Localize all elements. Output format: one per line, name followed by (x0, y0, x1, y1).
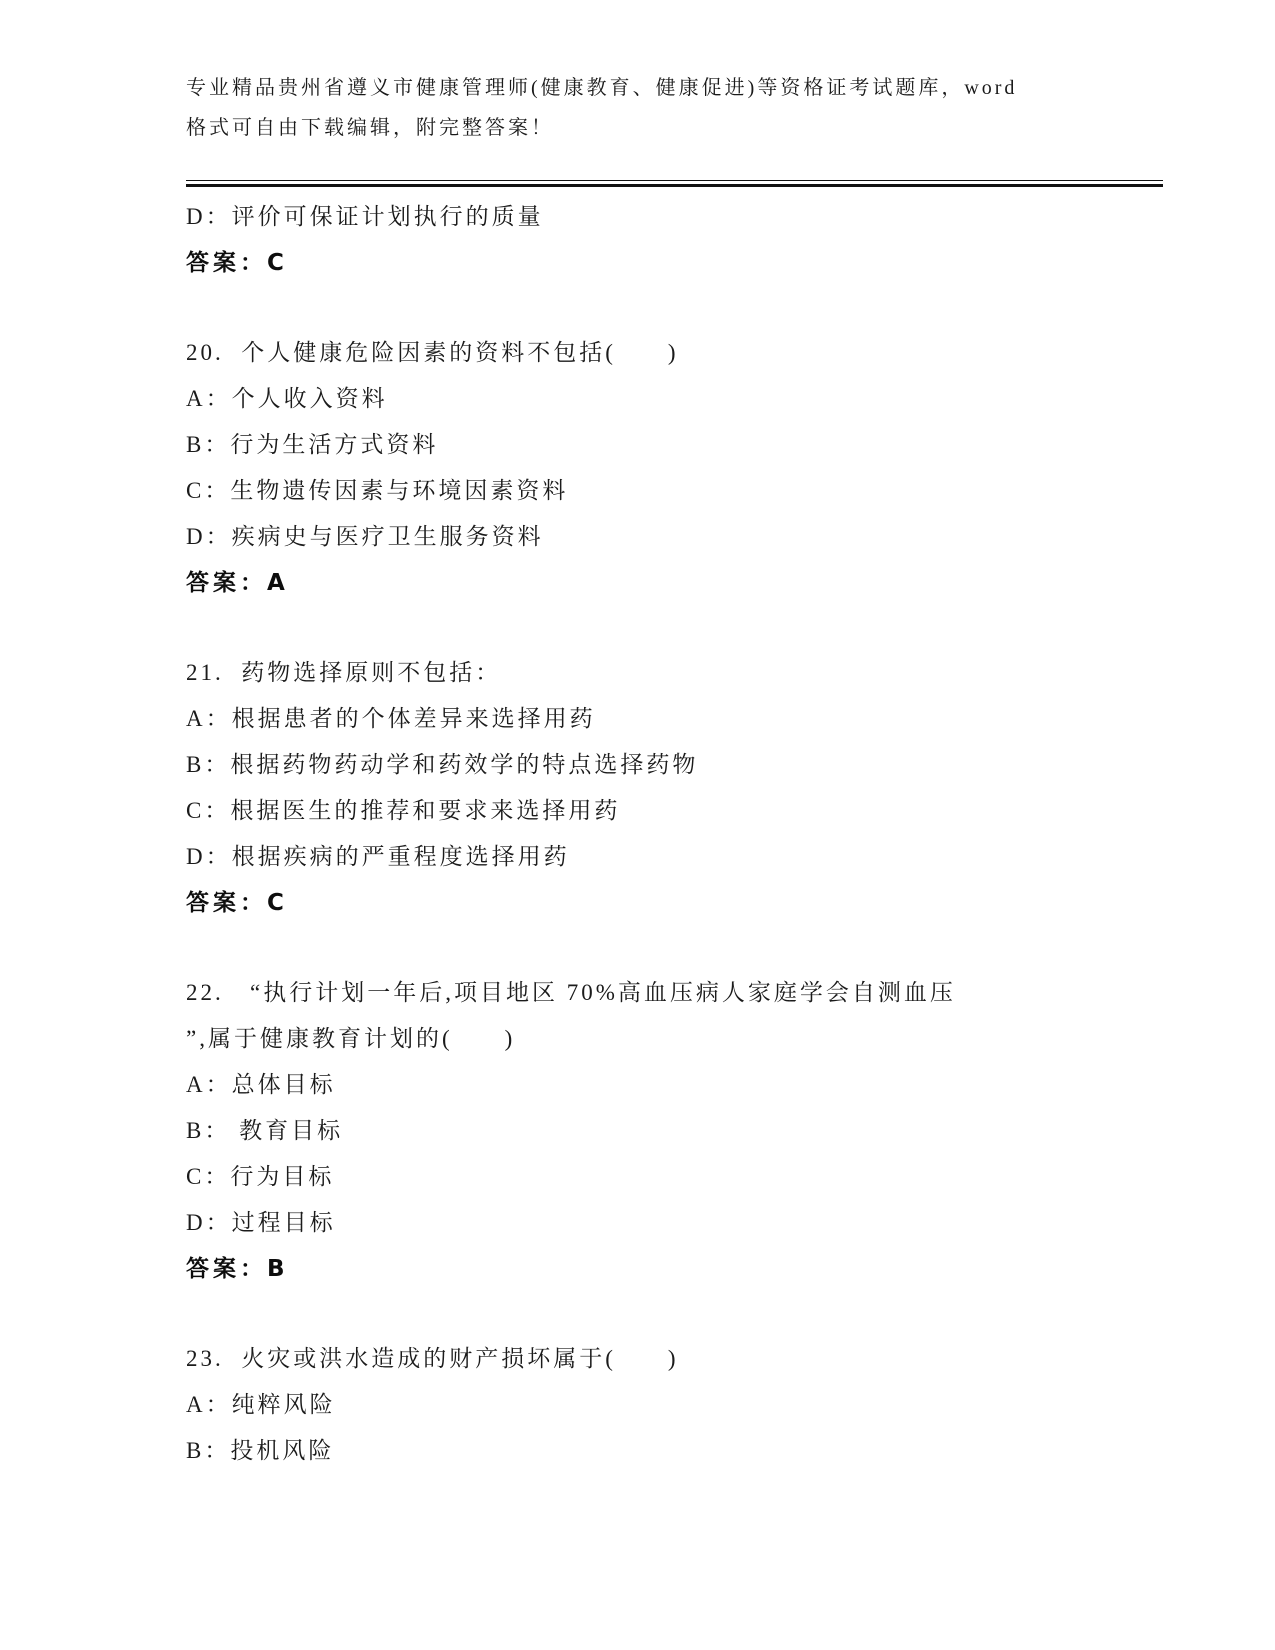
question-21: 21. 药物选择原则不包括：A：根据患者的个体差异来选择用药B：根据药物药动学和… (186, 650, 1163, 926)
question-line: 22. “执行计划一年后,项目地区 70%高血压病人家庭学会自测血压 (186, 970, 1163, 1016)
question-line: ”,属于健康教育计划的( ) (186, 1016, 1163, 1062)
option-line: D：过程目标 (186, 1200, 1163, 1246)
question-line: 23. 火灾或洪水造成的财产损坏属于( ) (186, 1336, 1163, 1382)
answer-line: 答案：B (186, 1246, 1163, 1292)
option-line: A：总体目标 (186, 1062, 1163, 1108)
option-line: C：根据医生的推荐和要求来选择用药 (186, 788, 1163, 834)
option-line: D：根据疾病的严重程度选择用药 (186, 834, 1163, 880)
header-line-1: 专业精品贵州省遵义市健康管理师(健康教育、健康促进)等资格证考试题库，word (186, 68, 1190, 108)
option-line: D：疾病史与医疗卫生服务资料 (186, 514, 1163, 560)
page-header: 专业精品贵州省遵义市健康管理师(健康教育、健康促进)等资格证考试题库，word … (186, 68, 1190, 148)
option-line: C：行为目标 (186, 1154, 1163, 1200)
option-line: A：根据患者的个体差异来选择用药 (186, 696, 1163, 742)
header-line-2: 格式可自由下载编辑，附完整答案！ (186, 108, 1190, 148)
option-line: A：个人收入资料 (186, 376, 1163, 422)
question-22: 22. “执行计划一年后,项目地区 70%高血压病人家庭学会自测血压”,属于健康… (186, 970, 1163, 1292)
answer-line: 答案：C (186, 240, 1163, 286)
option-line: B：行为生活方式资料 (186, 422, 1163, 468)
question-19-continued: D：评价可保证计划执行的质量答案：C (186, 194, 1163, 286)
question-20: 20. 个人健康危险因素的资料不包括( )A：个人收入资料B：行为生活方式资料C… (186, 330, 1163, 606)
question-line: 21. 药物选择原则不包括： (186, 650, 1163, 696)
header-rule (186, 180, 1163, 187)
question-23: 23. 火灾或洪水造成的财产损坏属于( )A：纯粹风险B：投机风险 (186, 1336, 1163, 1474)
option-line: A：纯粹风险 (186, 1382, 1163, 1428)
answer-line: 答案：C (186, 880, 1163, 926)
header-rule-thin-line (186, 180, 1163, 181)
document-body: D：评价可保证计划执行的质量答案：C20. 个人健康危险因素的资料不包括( )A… (186, 194, 1163, 1474)
answer-line: 答案：A (186, 560, 1163, 606)
document-page: 专业精品贵州省遵义市健康管理师(健康教育、健康促进)等资格证考试题库，word … (0, 0, 1275, 1650)
option-line: C：生物遗传因素与环境因素资料 (186, 468, 1163, 514)
header-rule-thick-line (186, 184, 1163, 187)
option-line: D：评价可保证计划执行的质量 (186, 194, 1163, 240)
question-line: 20. 个人健康危险因素的资料不包括( ) (186, 330, 1163, 376)
option-line: B：根据药物药动学和药效学的特点选择药物 (186, 742, 1163, 788)
option-line: B：投机风险 (186, 1428, 1163, 1474)
option-line: B： 教育目标 (186, 1108, 1163, 1154)
